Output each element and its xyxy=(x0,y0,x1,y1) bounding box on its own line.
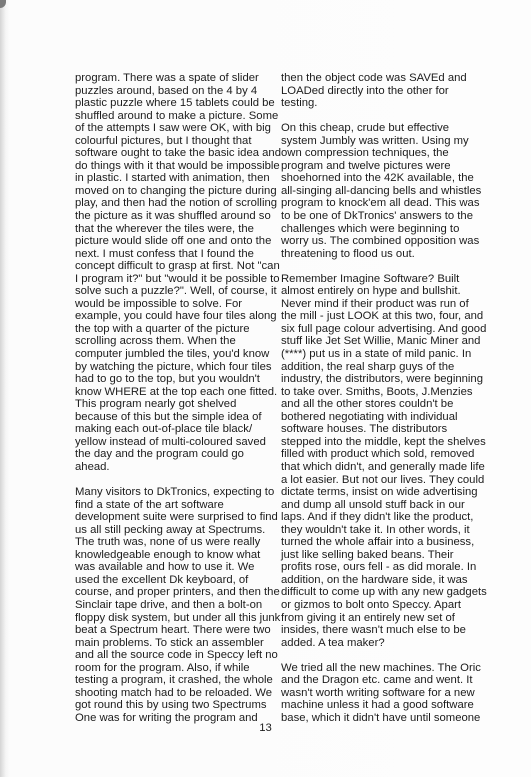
paragraph-imagine-software: Remember Imagine Software? Built almost … xyxy=(281,273,503,649)
left-text-column: program. There was a spate of slider puz… xyxy=(75,72,290,737)
page-number: 13 xyxy=(0,722,531,734)
paragraph-dktronics-visitors: Many visitors to DkTronics, expecting to… xyxy=(75,486,290,724)
paragraph-jumbly: On this cheap, crude but effective syste… xyxy=(281,122,503,260)
paragraph-new-machines: We tried all the new machines. The Oric … xyxy=(281,662,503,725)
document-page: program. There was a spate of slider puz… xyxy=(0,0,531,777)
page-scan-edge xyxy=(0,0,6,8)
paragraph-slider-puzzles: program. There was a spate of slider puz… xyxy=(75,72,290,474)
right-text-column: then the object code was SAVEd and LOADe… xyxy=(281,72,503,737)
paragraph-object-code: then the object code was SAVEd and LOADe… xyxy=(281,72,503,110)
